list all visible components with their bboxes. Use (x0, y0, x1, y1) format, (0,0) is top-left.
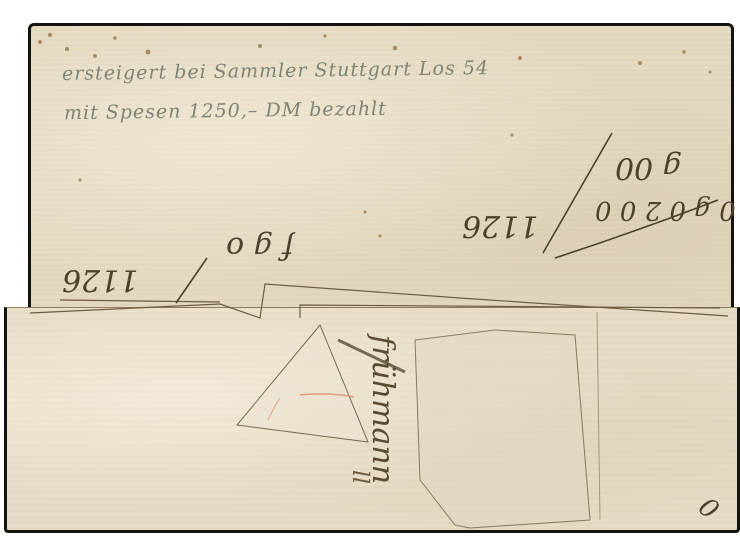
ink-flourish-upper: g 00 (615, 150, 682, 185)
ink-numbers-upper: 1126 (462, 208, 538, 243)
letter-photograph: ersteigert bei Sammler Stuttgart Los 54 … (0, 0, 740, 557)
ink-numbers-left: 1126 (62, 262, 138, 297)
ink-small-script: ll (347, 470, 372, 484)
ink-vertical-script: frühmann (365, 335, 400, 484)
pencil-note-line-2: mit Spesen 1250,– DM bezahlt (64, 98, 387, 125)
ink-stack-upper: 0 g 0 2 0 0 (595, 195, 736, 225)
ink-flourish-left: f g o (226, 230, 293, 265)
